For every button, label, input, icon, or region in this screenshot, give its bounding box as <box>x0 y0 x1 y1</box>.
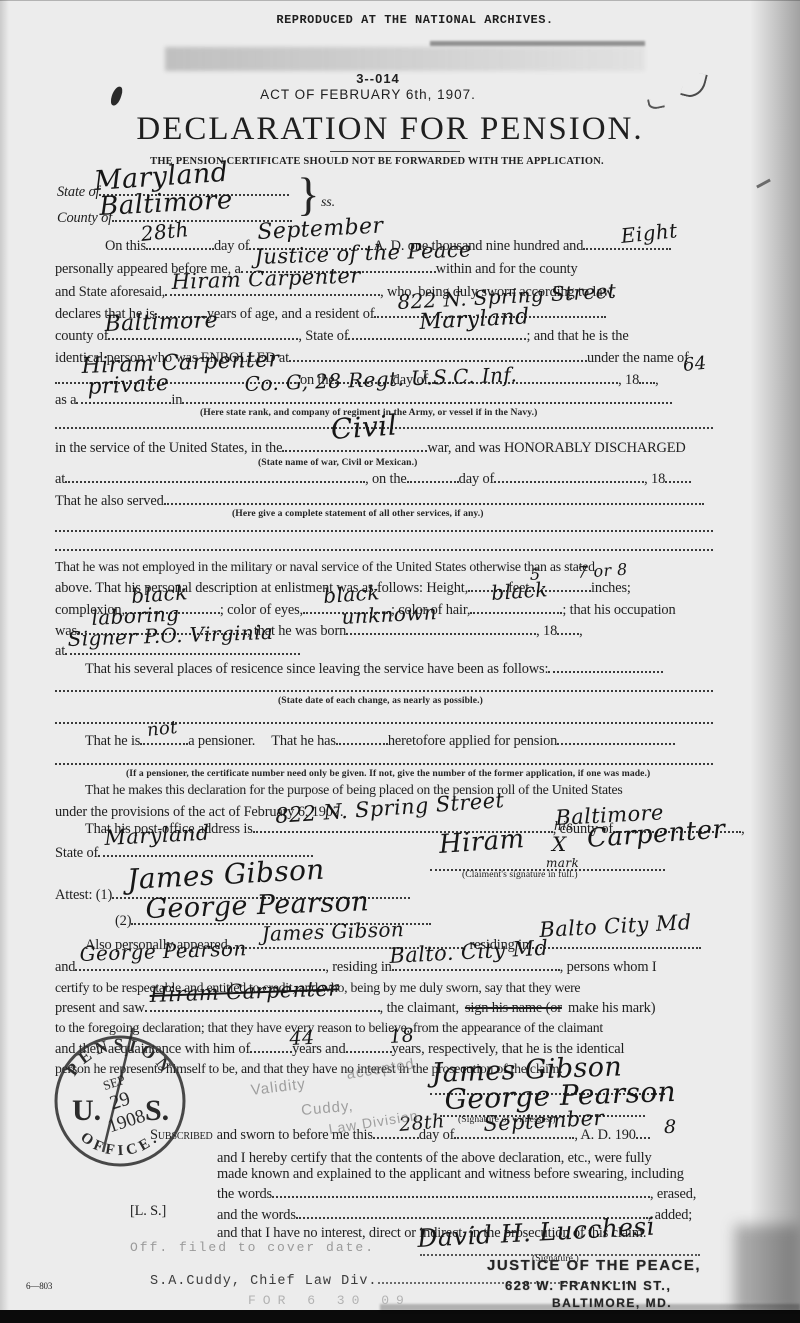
hw-signature-first: Hiram <box>438 826 525 858</box>
witness-line-4: present and saw, the claimant,sign his n… <box>55 1000 655 1017</box>
printed-text: a pensioner. <box>188 733 255 749</box>
printed-text: , erased, <box>650 1186 696 1202</box>
form-code: 6—803 <box>26 1281 52 1292</box>
dotted-line <box>639 379 655 384</box>
printed-text: , 18 <box>644 471 665 487</box>
printed-text: That his several places of resicence sin… <box>85 661 548 677</box>
caption-text: (State date of each change, as nearly as… <box>278 695 483 706</box>
dotted-line <box>470 609 562 614</box>
filed-note: Off. filed to cover date. <box>130 1240 375 1256</box>
caption-text: (Here give a complete statement of all o… <box>232 508 484 519</box>
justice-of-peace-stamp: JUSTICE OF THE PEACE, <box>487 1257 701 1274</box>
printed-text: county of <box>55 328 108 344</box>
dotted-row <box>55 760 713 765</box>
printed-text: ; and that he is the <box>526 328 628 344</box>
reproduced-banner: REPRODUCED AT THE NATIONAL ARCHIVES. <box>0 13 800 27</box>
act-line: ACT OF FEBRUARY 6th, 1907. <box>0 87 736 103</box>
dotted-line <box>282 447 427 452</box>
caption-change: (State date of each change, as nearly as… <box>278 695 483 706</box>
hw-unit: Co. G, 28 Regt. U.S.C. Inf. <box>244 364 517 394</box>
scanned-pension-declaration: REPRODUCED AT THE NATIONAL ARCHIVES. 3--… <box>0 0 800 1323</box>
printed-text: That he is <box>85 733 140 749</box>
dotted-line <box>146 245 214 250</box>
printed-text: made known and explained to the applican… <box>217 1166 684 1182</box>
printed-text: and I hereby certify that the contents o… <box>217 1150 652 1166</box>
act-text: ACT OF FEBRUARY 6th, 1907. <box>260 87 476 102</box>
printed-text: ; that his occupation <box>562 602 675 618</box>
printed-text: (2) <box>115 913 131 929</box>
reproduced-text: REPRODUCED AT THE NATIONAL ARCHIVES. <box>276 13 553 27</box>
printed-text: under the name of <box>587 350 689 366</box>
dotted-line <box>665 478 691 483</box>
printed-text: heretofore applied for pension <box>388 733 557 749</box>
validity-stamp-line-2: Cuddy, <box>301 1097 355 1119</box>
stamp-text: 628 W. FRANKLIN ST., <box>505 1278 672 1293</box>
dotted-row <box>55 687 713 692</box>
printed-text: On this <box>105 238 146 254</box>
hw-enroll-year: 64 <box>682 355 707 375</box>
hw-signature-his: his <box>554 820 573 832</box>
printed-text: present and saw <box>55 1000 145 1016</box>
dotted-line <box>454 1134 574 1139</box>
ss-text: ss. <box>321 195 335 210</box>
validity-stamp-word-2: accepted <box>345 1055 416 1083</box>
printed-text: the words <box>217 1186 272 1202</box>
caption-text: (State name of war, Civil or Mexican.) <box>258 457 417 468</box>
hw-county-2: Baltimore <box>104 310 218 336</box>
hw-rank: private <box>87 373 170 399</box>
printed-text: years of age, and a resident of <box>207 306 375 322</box>
printed-text: and the words <box>217 1207 296 1223</box>
printed-text: day of <box>214 238 249 254</box>
scan-smudge-dark <box>430 41 645 46</box>
validity-stamp-word-1: Validity <box>250 1075 307 1099</box>
dotted-line <box>346 1048 392 1053</box>
right-edge-shadow <box>750 0 800 1323</box>
page-title: DECLARATION FOR PENSION. <box>0 110 780 150</box>
dotted-line <box>548 668 663 673</box>
franklin-street-stamp: 628 W. FRANKLIN ST., <box>505 1278 672 1293</box>
struck-printed-text: sign his name (or <box>465 1000 562 1016</box>
faint-typed-text: FOR 6 30 09 <box>248 1293 411 1308</box>
subscribed-line-4: the words, erased, <box>217 1186 696 1203</box>
hw-hair: black <box>491 579 549 603</box>
ls-seal: [L. S.] <box>130 1203 166 1220</box>
printed-text: in the service of the United States, in … <box>55 440 282 456</box>
printed-text: make his mark) <box>568 1000 655 1016</box>
dotted-line <box>557 740 675 745</box>
printed-text: , State of <box>298 328 348 344</box>
faint-typed-text: Off. filed to cover date. <box>130 1240 375 1255</box>
printed-text: above. That his personal description at … <box>55 580 468 596</box>
printed-text: at <box>55 643 65 659</box>
hw-county: Baltimore <box>99 187 234 220</box>
printed-text: , the claimant, <box>380 1000 459 1016</box>
title-text: DECLARATION FOR PENSION. <box>136 111 643 147</box>
printed-text: , residing in <box>325 959 391 975</box>
dotted-line <box>250 1048 292 1053</box>
form-code-text: 6—803 <box>26 1281 52 1291</box>
printed-text: Attest: (1) <box>55 887 112 903</box>
dotted-line <box>75 966 325 971</box>
bottom-black-band <box>0 1310 800 1323</box>
hw-not: not <box>146 719 179 740</box>
printed-text: war, and was HONORABLY DISCHARGED <box>427 440 685 456</box>
printed-text: within and for the county <box>436 261 578 277</box>
hw-war: Civil <box>330 411 398 444</box>
printed-text: That he has <box>271 733 336 749</box>
printed-text: , <box>579 623 582 639</box>
stamp-letter-u: U. <box>72 1094 101 1127</box>
pension-office-stamp: PENSION OFFICE. U. S. SEP 29 1908 <box>45 1026 195 1176</box>
caption-pensioner: (If a pensioner, the certificate number … <box>126 768 650 779</box>
dotted-line <box>529 944 701 949</box>
hw-signature-mark: mark <box>546 857 579 869</box>
title-rule <box>330 151 460 152</box>
hw-years-1: 44 <box>289 1029 315 1049</box>
printed-text: and State aforesaid, <box>55 284 165 300</box>
hw-attest-2: George Pearson <box>145 888 369 923</box>
caption-war: (State name of war, Civil or Mexican.) <box>258 457 417 468</box>
printed-text: day of <box>459 471 494 487</box>
hw-years-2: 18 <box>389 1026 415 1047</box>
dotted-line <box>65 650 300 655</box>
printed-text: , <box>655 372 658 388</box>
hw-inches: 7 or 8 <box>577 562 628 581</box>
dotted-line <box>182 399 672 404</box>
purpose-line-1: That he makes this declaration for the p… <box>85 782 622 799</box>
hw-subscribed-year: 8 <box>664 1118 677 1137</box>
printed-text: That he was not employed in the military… <box>55 559 595 574</box>
venue-brace: } <box>297 168 320 222</box>
printed-text: , <box>741 821 744 837</box>
dotted-line <box>557 630 579 635</box>
corner-shadow <box>735 1225 800 1315</box>
printed-text: , 18 <box>618 372 639 388</box>
hw-po-state: Maryland <box>104 823 210 849</box>
scan-top-line <box>0 0 800 1</box>
dotted-line <box>272 1193 650 1198</box>
printed-text: as a <box>55 392 76 408</box>
dotted-line <box>494 478 644 483</box>
printed-text: , 18 <box>536 623 557 639</box>
printed-text: ; color of eyes, <box>220 602 303 618</box>
dotted-line <box>636 1134 650 1139</box>
hw-day: 28th <box>140 219 190 244</box>
desc-line-1: That he was not employed in the military… <box>55 559 595 576</box>
dotted-line <box>336 740 388 745</box>
stamp-text: JUSTICE OF THE PEACE, <box>487 1257 701 1274</box>
stamp-letter-s: S. <box>145 1094 169 1127</box>
subscribed-line-3: made known and explained to the applican… <box>217 1166 684 1183</box>
hw-state-2: Maryland <box>419 306 530 334</box>
scan-smudge-band <box>165 47 645 71</box>
dotted-line <box>289 357 587 362</box>
hw-born: unknown <box>341 602 438 627</box>
caption-others: (Here give a complete statement of all o… <box>232 508 484 519</box>
printed-text: inches; <box>591 580 631 596</box>
printed-text: and <box>55 959 75 975</box>
dotted-line <box>407 478 459 483</box>
seal-text: [L. S.] <box>130 1203 166 1219</box>
printed-text: in <box>171 392 182 408</box>
printed-text: , persons whom I <box>560 959 657 975</box>
residence-line: That his several places of resicence sin… <box>85 661 663 678</box>
hw-signature-last: Carpenter <box>586 816 726 852</box>
subscribed-line-2: and I hereby certify that the contents o… <box>217 1150 652 1167</box>
baltimore-stamp: BALTIMORE, MD. <box>552 1296 672 1310</box>
hw-signature-x: X <box>552 834 567 854</box>
hw-witness-1: James Gibson <box>261 919 404 944</box>
hw-witness-2: George Pearson <box>79 938 247 964</box>
printed-text: , on the <box>365 471 407 487</box>
faint-date: FOR 6 30 09 <box>248 1293 411 1309</box>
printed-text: That he also served <box>55 493 164 509</box>
typed-text: S.A.Cuddy, Chief Law Div. <box>150 1274 378 1289</box>
left-edge-shadow <box>0 0 9 1323</box>
caption-claimant-signature: (Claiment's signature in full.) <box>462 869 578 880</box>
dotted-line <box>392 966 560 971</box>
printed-text: That he makes this declaration for the p… <box>85 782 622 797</box>
state-of-label: State of <box>57 184 99 200</box>
dotted-line <box>145 1007 380 1012</box>
dotted-line <box>164 500 704 505</box>
dotted-row <box>55 546 713 551</box>
caption-text: (Claiment's signature in full.) <box>462 869 578 880</box>
venue-ss: ss. <box>321 195 335 212</box>
form-number: 3--014 <box>0 71 756 87</box>
service-line-2: at, on theday of, 18 <box>55 471 691 488</box>
printed-text: State of <box>55 845 98 861</box>
hw-year: Eight <box>620 220 678 246</box>
stamp-text: BALTIMORE, MD. <box>552 1296 672 1310</box>
dotted-line <box>65 478 365 483</box>
form-number-text: 3--014 <box>356 71 400 86</box>
printed-text: at <box>55 471 65 487</box>
dotted-line <box>346 630 536 635</box>
caption-text: (If a pensioner, the certificate number … <box>126 768 650 779</box>
dotted-line <box>348 335 526 340</box>
dotted-row <box>55 527 713 532</box>
